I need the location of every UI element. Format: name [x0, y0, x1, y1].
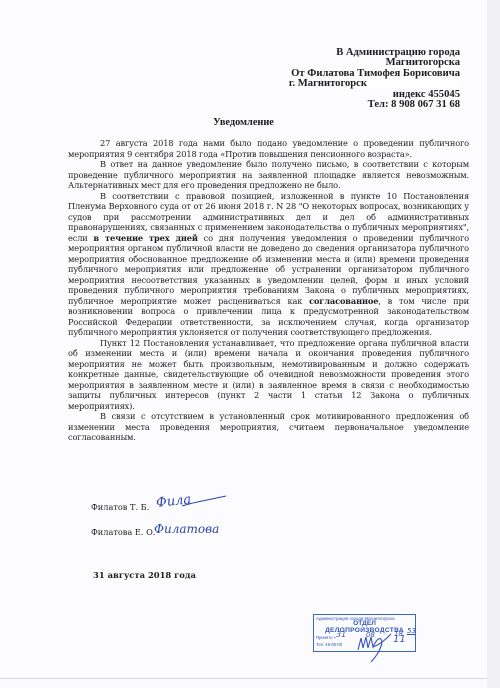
city-line: г. Магнитогорск	[289, 78, 367, 89]
paragraph-3: В соответствии с правовой позицией, изло…	[68, 191, 469, 338]
stamp-handwritten-number: 11	[393, 634, 406, 645]
document-title: Уведомление	[0, 117, 487, 128]
paragraph-5: В связи с отсутствием в установленный ср…	[68, 411, 469, 443]
document-body: 27 августа 2018 года нами было подано ув…	[68, 138, 469, 443]
stamp-handwritten-time: 53	[407, 627, 416, 635]
scan-edge-strip	[487, 0, 500, 688]
stamp-received-label: Принято «	[316, 635, 336, 640]
signature-2-handwriting: Филатова	[154, 522, 219, 536]
paragraph-2: В ответ на данное уведомление было получ…	[68, 159, 469, 191]
signature-1-flourish-icon	[180, 494, 230, 508]
signatory-1-name: Филатов Т. Б.	[91, 502, 149, 512]
addressee-block: В Администрацию города Магнитогорска От …	[289, 48, 460, 110]
p3-bold-term: в течение трех дней	[93, 233, 197, 243]
stamp-received-day: 31	[336, 630, 346, 639]
document-page: В Администрацию города Магнитогорска От …	[0, 0, 487, 679]
stamp-handwritten-signature-icon	[355, 628, 395, 664]
redacted-address	[367, 79, 460, 88]
document-date: 31 августа 2018 года	[93, 570, 196, 580]
p3-bold-agreed: согласованное	[309, 296, 378, 306]
signatory-2-name: Филатова Е. О.	[91, 527, 155, 537]
paragraph-4: Пункт 12 Постановления устанавливает, чт…	[68, 338, 469, 412]
phone-line: Тел: 8 908 067 31 68	[289, 100, 460, 110]
paragraph-1: 27 августа 2018 года нами было подано ув…	[68, 138, 469, 159]
